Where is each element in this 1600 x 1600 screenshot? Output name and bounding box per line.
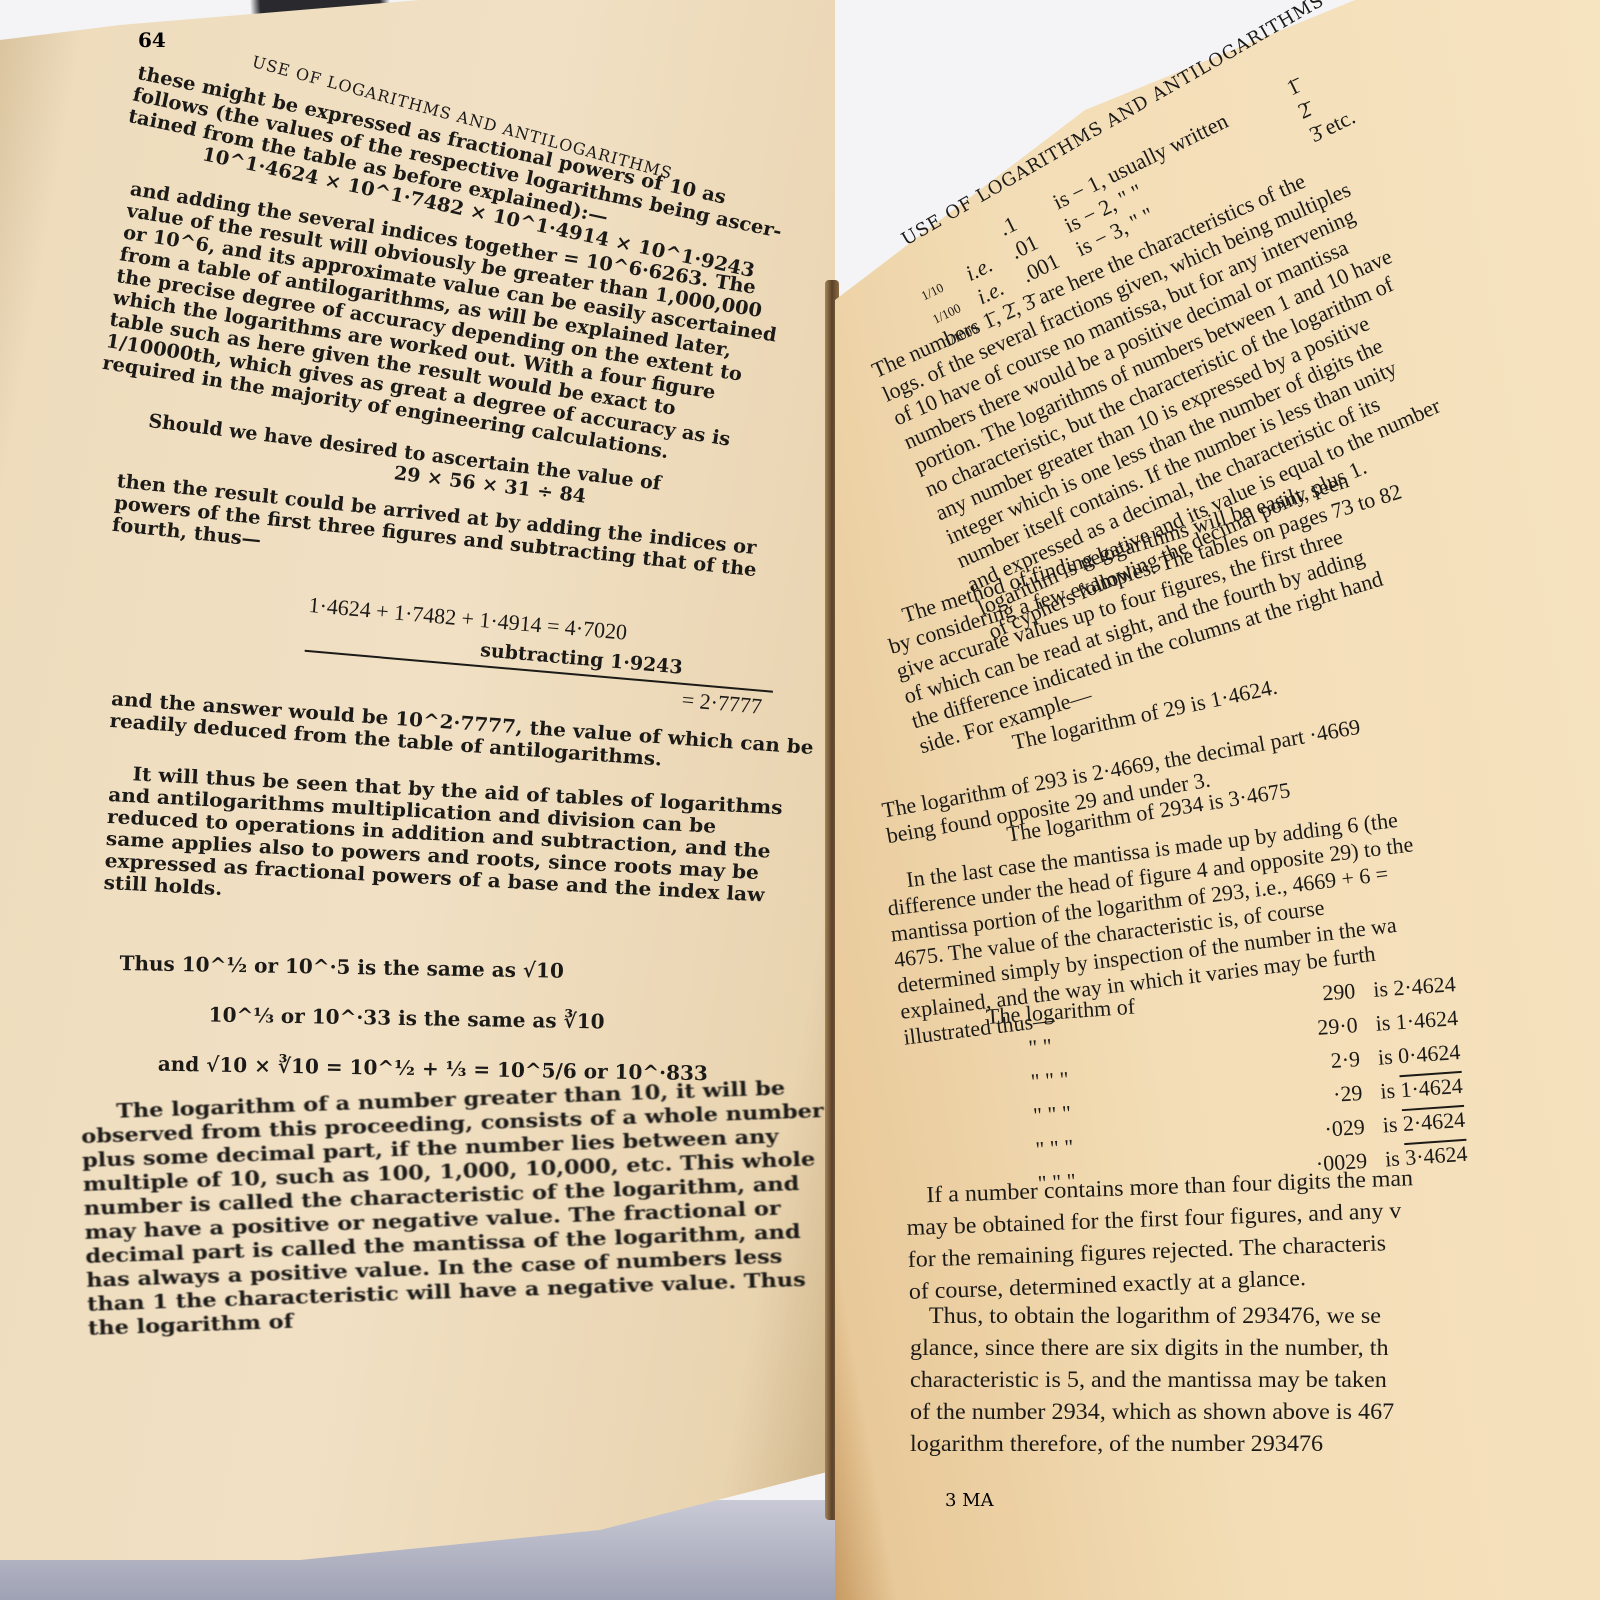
root-equations: Thus 10^½ or 10^·5 is the same as √10 10… [117,938,710,1098]
left-para-7: The logarithm of a number greater than 1… [80,1074,831,1340]
right-para-4: If a number contains more than four digi… [905,1162,1417,1308]
signature-mark: 3 MA [945,1490,994,1511]
right-para-5: Thus, to obtain the logarithm of 293476,… [910,1300,1394,1460]
page-number: 64 [138,28,166,52]
